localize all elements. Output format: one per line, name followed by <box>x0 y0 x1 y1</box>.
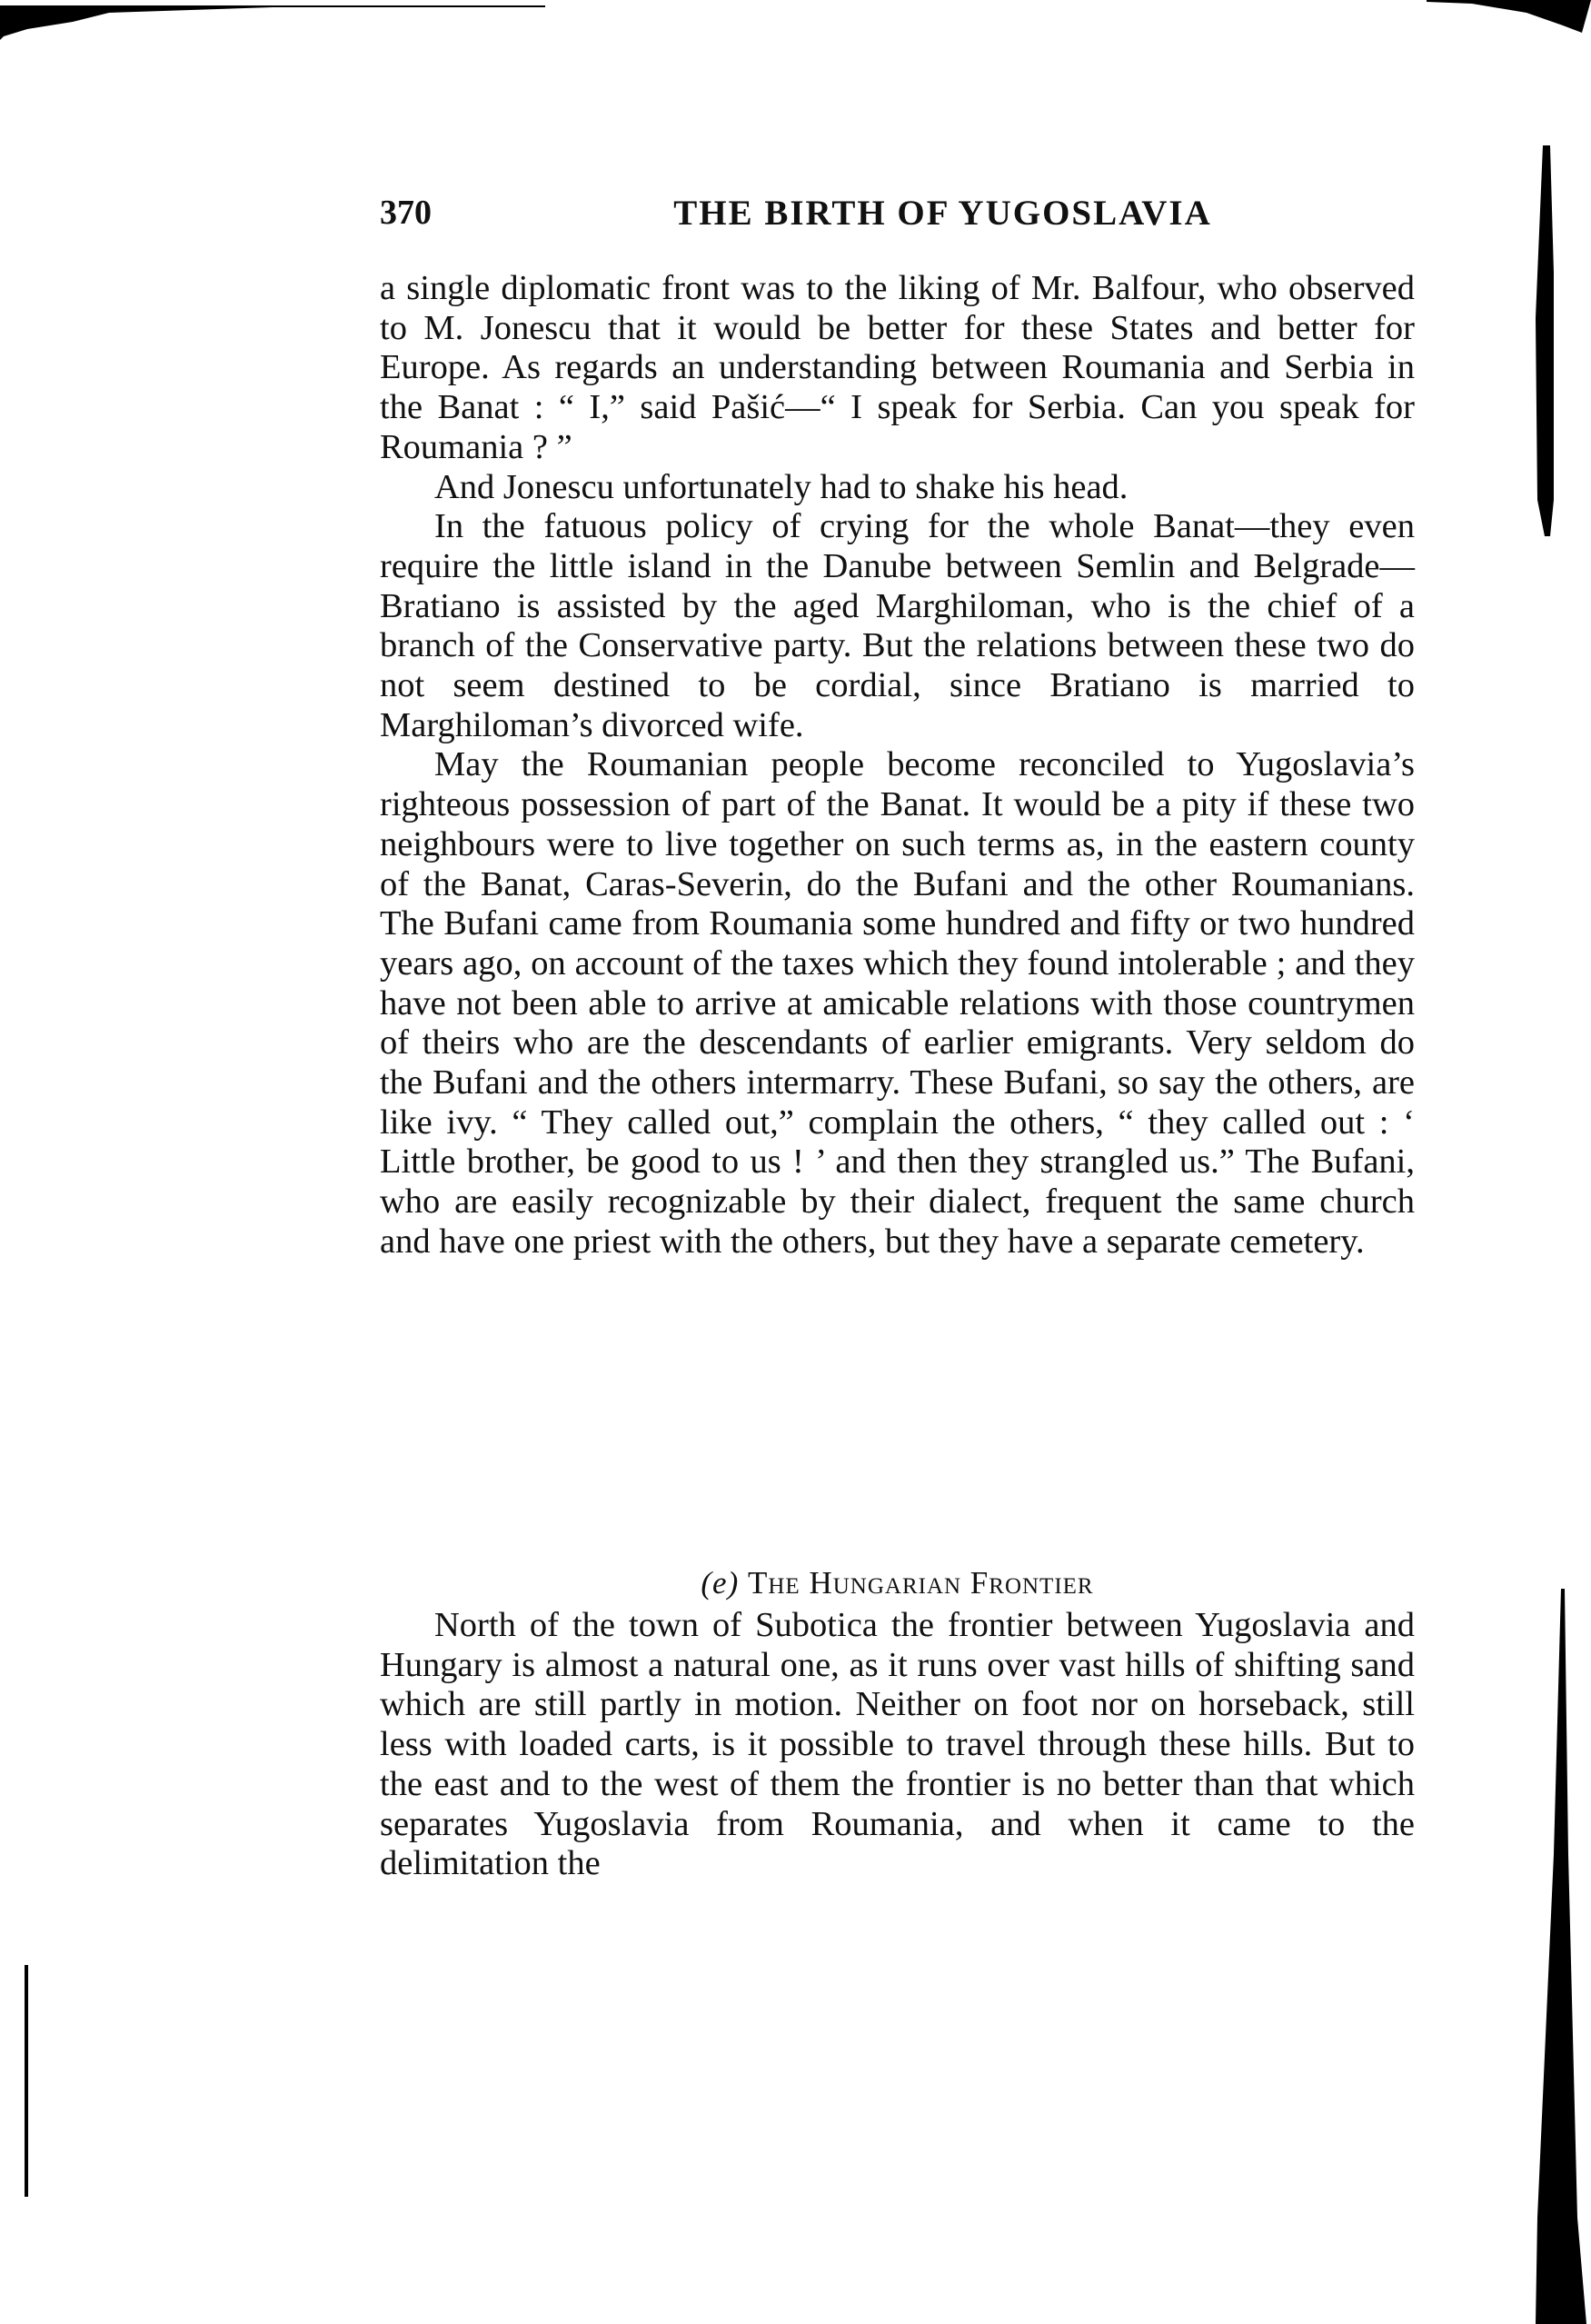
scan-shadow-top-right <box>1318 0 1591 55</box>
section-marker: (e) <box>701 1565 739 1601</box>
scanned-book-page: 370 THE BIRTH OF YUGOSLAVIA a single dip… <box>0 0 1591 2324</box>
scan-shadow-right-lower <box>1526 1581 1591 2324</box>
paragraph: And Jonescu unfortunately had to shake h… <box>380 468 1415 508</box>
body-text: a single diplomatic front was to the lik… <box>380 269 1415 1262</box>
scan-shadow-right-upper <box>1526 136 1563 645</box>
paragraph: In the fatuous policy of crying for the … <box>380 507 1415 745</box>
page-number: 370 <box>380 193 432 233</box>
scan-mark-left-bottom <box>25 1965 28 2197</box>
paragraph: North of the town of Subotica the fronti… <box>380 1606 1415 1884</box>
section-heading: (e) The Hungarian Frontier <box>380 1565 1415 1601</box>
running-head: 370 THE BIRTH OF YUGOSLAVIA <box>380 193 1415 233</box>
paragraph: May the Roumanian people become reconcil… <box>380 745 1415 1262</box>
book-title: THE BIRTH OF YUGOSLAVIA <box>471 193 1415 234</box>
paragraph: a single diplomatic front was to the lik… <box>380 269 1415 468</box>
section-title: The Hungarian Frontier <box>748 1565 1094 1601</box>
scan-shadow-top-left <box>0 0 545 55</box>
section-body: North of the town of Subotica the fronti… <box>380 1606 1415 1884</box>
